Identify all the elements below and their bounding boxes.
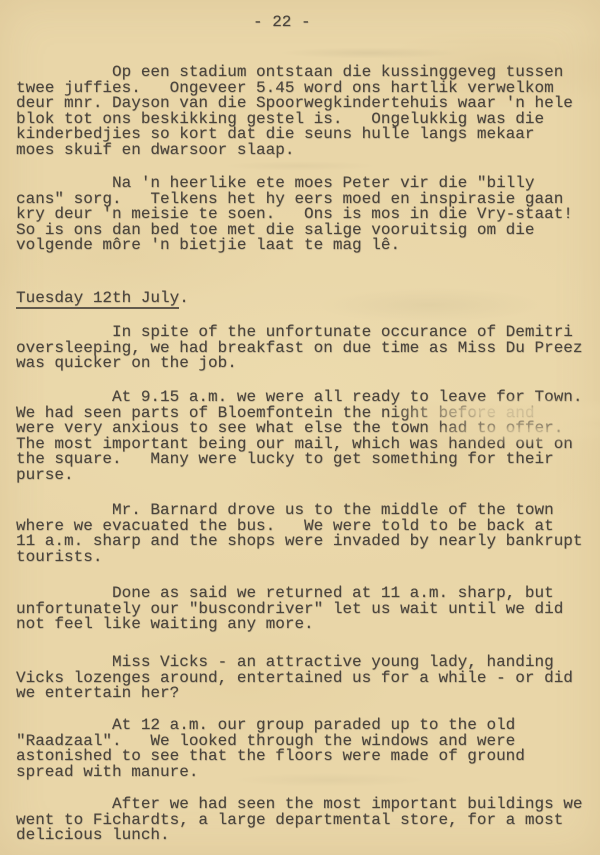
section-heading: Tuesday 12th July.: [16, 291, 189, 307]
paragraph-buscondriver: Done as said we returned at 11 a.m. shar…: [16, 586, 563, 633]
paragraph-breakfast: In spite of the unfortunate occurance of…: [16, 325, 583, 372]
paragraph-afrikaans-1: Op een stadium ontstaan die kussinggeveg…: [16, 65, 573, 158]
section-heading-period: .: [179, 289, 189, 307]
paragraph-leave-for-town: At 9.15 a.m. we were all ready to leave …: [16, 390, 583, 483]
paragraph-miss-vicks: Miss Vicks - an attractive young lady, h…: [16, 655, 573, 702]
paragraph-mr-barnard: Mr. Barnard drove us to the middle of th…: [16, 503, 583, 565]
scanned-document-page: - 22 - Op een stadium ontstaan die kussi…: [0, 0, 600, 855]
paragraph-fichardts: After we had seen the most important bui…: [16, 797, 583, 844]
paragraph-afrikaans-2: Na 'n heerlike ete moes Peter vir die "b…: [16, 176, 573, 254]
paragraph-raadzaal: At 12 a.m. our group paraded up to the o…: [16, 718, 525, 780]
section-heading-underlined-text: Tuesday 12th July: [16, 289, 179, 309]
page-number: - 22 -: [253, 15, 311, 31]
